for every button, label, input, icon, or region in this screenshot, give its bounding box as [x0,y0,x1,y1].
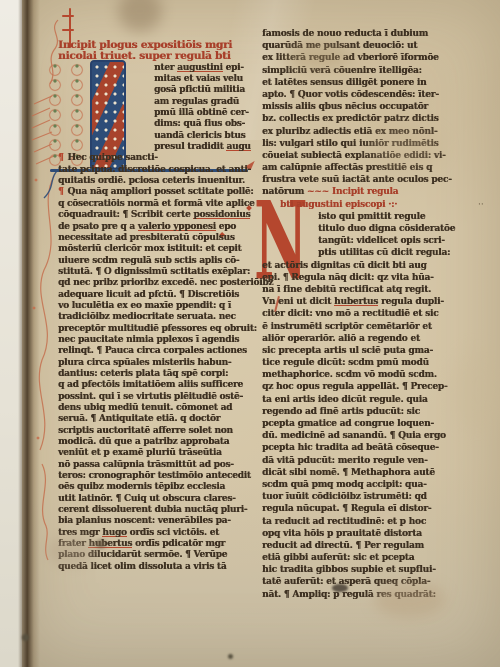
text-line: necessitate ad presbiteratū cōpulsus [58,233,256,244]
text-line: tangūt: videlicet opis scri- [318,235,462,247]
text-line: missis aliis qbus nēcius occupatōr [262,101,462,113]
stain [332,584,348,592]
text-line: tate pcipua. discretiōe cospicua. et ant… [58,165,256,176]
text-line: simpliciū verā cōuenire ītelligēa: [262,65,462,77]
text-line: relinqt. ¶ Pauca circa corpales actiones [58,346,256,357]
text-line: ¶ Qua nāq ampliori posset sctitate pollē… [58,187,256,198]
text-line: frustra vete suū iactāt ante oculos pec- [262,174,462,186]
text-line: dicāt sibi nomē. ¶ Methaphora autē [262,467,462,479]
text-line: de psato pre q a valerio ypponesi epo [58,222,256,233]
text-line: nō passa calūpnia trāsmittūt ad pos- [58,460,256,471]
text-line: seruā. ¶ Antiquitate etiā. q doctōr [58,414,256,425]
right-text-column: famosis de nouo reducta ī dubiumquarūdā … [262,28,462,601]
stain [48,536,96,566]
text-line: scdm quā pmq modq accipit: qua- [262,479,462,491]
text-line: presul tradidit augu [154,142,256,153]
text-line: Vn eni ut dicit hubertus regula dupli- [262,296,462,308]
text-line: tres mgr hugo ordīs sci victōis. et [58,528,256,539]
text-line: qz hoc opus regula appellāt. ¶ Precep- [262,381,462,393]
text-line: stitutā. ¶ O dignissimū sctitatis exēpla… [58,267,256,278]
text-line: ta eni artis ideo dicūt regule. quia [262,394,462,406]
text-line: et actōris dignitas cū dicit bti aug [262,260,462,272]
text-line: etiā gibbi auferūt: sic et pcepta [262,552,462,564]
text-line: ē instrumēti scriptōr cemētariōr et [262,321,462,333]
text-line: ptis utilitas cū dicit regula: [318,247,462,259]
text-line: am regulas gradū [154,97,256,108]
text-line: tuor īuūit cōdiciōibz īstrumēti: qd [262,491,462,503]
text-line: regula nūcupat. ¶ Regula eī distor- [262,503,462,515]
text-line: epi. ¶ Regula nāq dicit: qz vita hūa- [262,272,462,284]
stain [452,348,500,432]
text-line: cōquadrauit: ¶ Scribit certe possidonius [58,210,256,221]
text-line: nec paucitate nimia pplexos ī agendis [58,335,256,346]
text-line: teros: cronographōr testimōio antecedit [58,471,256,482]
margin-note-dots: ·· [478,200,484,210]
text-line: famosis de nouo reducta ī dubium [262,28,462,40]
manuscript-photo: I N Incipit plogus expositiōis mgrinicol… [0,0,500,667]
text-line: reducit ad directū. ¶ Per regulam [262,540,462,552]
text-line: quitatis ordiē. pciosa ceteris inuenitur… [58,176,256,187]
text-line: adequare licuit ad pfctū. ¶ Discretiōis [58,290,256,301]
text-line: possint. qui ī se virtutis plēitudiē ost… [58,392,256,403]
stain [286,42,350,70]
text-line: veniūt et p examē pluriū trāseūtia [58,448,256,459]
text-line: uandā clericis btus [154,131,256,142]
text-line: uiuere scdm regulā sub sctis aplis cō- [58,256,256,267]
text-line: ¶ Hec quippe sancti- [58,153,256,164]
stain [374,582,446,618]
text-line: nicolai triuet. super regulā bti [58,51,256,62]
text-line: titulo duo digna cōsideratōe [318,223,462,235]
ink-speck [22,634,29,641]
text-line: regendo ad finē artis pducūt: sic [262,406,462,418]
text-line: aliōr operariōr. aliō a regendo et [262,333,462,345]
text-line: nter augustini epi- [154,63,256,74]
stain [368,126,442,168]
text-line: scriptis auctoritatē afferre solet non [58,426,256,437]
text-line: dū. medicinē ad sanandū. ¶ Quia ergo [262,430,462,442]
text-line: pmū illā obtinē cer- [154,108,256,119]
text-line: cerent dissoluerent dubia nuctāq pluri- [58,505,256,516]
text-line: pcepta gmatice ad congrue loquen- [262,418,462,430]
text-line: am calūpnie affectās prestitiē eis q [262,162,462,174]
text-line: bti augustini episcopi ·:· [280,199,462,211]
text-line: apto. ¶ Quor votis cōdescendēs: īter- [262,89,462,101]
left-text-column: Incipit plogus expositiōis mgrinicolai t… [58,40,256,573]
ink-speck [228,654,233,659]
text-line: et latētes sensus diligēt ponere in [262,77,462,89]
text-line: plura circa spūales misteriis habun- [58,358,256,369]
text-line: bia planius noscent: venerābiles pa- [58,516,256,527]
text-line: methaphorice. scdm vō modū scdm. [262,369,462,381]
text-line: dantius: ceteris plata tāq spē corpi: [58,369,256,380]
text-line: hic tradita gibbos supbie et supflui- [262,564,462,576]
text-line: na ī fine debitū rectificat atq regit. [262,284,462,296]
text-line: opq vita hōis p prauitatē distorta [262,528,462,540]
text-line: natōrum ~~~ Incipit regula [262,186,462,198]
text-line: vo luculētia ex eo maxīe ppendit: q ī [58,301,256,312]
text-line: qd nec pribz prioribz excedē. nec poster… [58,278,256,289]
text-line: tradiciōibz mediocritate seruata. nec [58,312,256,323]
text-line: citer dicit: vno mō a rectitudiē et sic [262,308,462,320]
text-line: gosā pfictiū militia [154,85,256,96]
text-line: oēs quibz modernis tēpibz ecclesia [58,482,256,493]
text-line: dims: quā fius obs- [154,119,256,130]
ink-speck [96,540,106,548]
text-line: mitas et vaias velu [154,74,256,85]
text-line: mōsteriū clericōr mox istituit: et cepit [58,244,256,255]
text-line: preceptōr multitudiē pfessores eq obruit… [58,324,256,335]
text-line: q cōsecratiōis normā et formā vite aplic… [58,199,256,210]
text-line: ta reducit ad rectitudinē: et p hoc [262,516,462,528]
text-line: isto qui pmittit regule [318,211,462,223]
text-line: bz. collectis ex predictōr patrz dictis [262,113,462,125]
text-line: pcepta hic tradita ad beātā cōseque- [262,442,462,454]
text-line: tice regule dicūt: scdm pmū modū [262,357,462,369]
text-line: q ad pfectōis imitatiōem aliis sufficere [58,380,256,391]
text-line: sic precepta artis ul sciē puta gma- [262,345,462,357]
text-line: dens ubiq mediū tenuit. cōmonet ad [58,403,256,414]
text-line: dā vitā pducūt: merito regule ven- [262,455,462,467]
text-line: quedā licet olim dissoluta a viris tā [58,562,256,573]
text-line: utit latinōr. ¶ Cuiq ut obscura clares- [58,494,256,505]
text-line: modicā. dū que a patribz approbata [58,437,256,448]
